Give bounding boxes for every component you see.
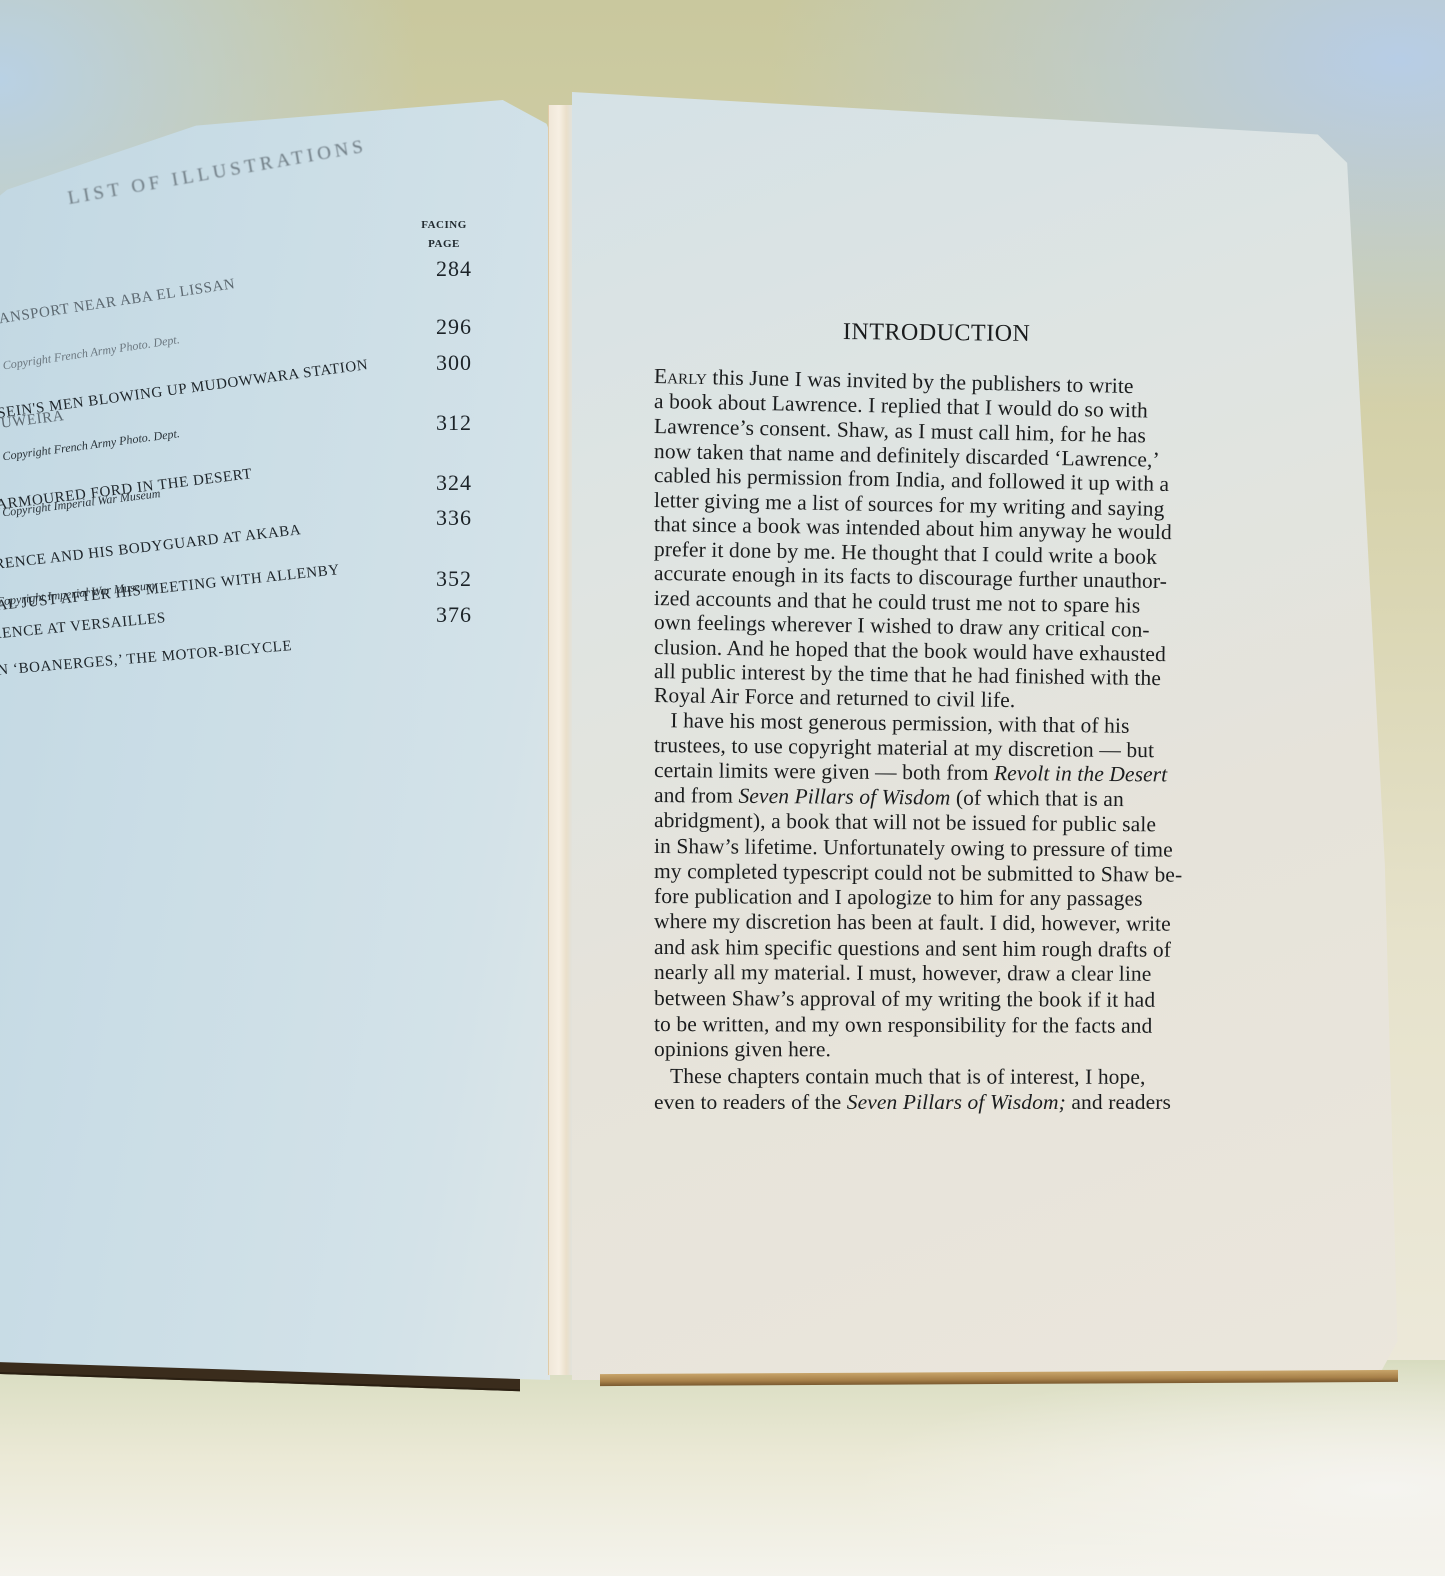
illustration-credit: Copyright French Army Photo. Dept. xyxy=(2,332,181,373)
text-line: and ask him specific questions and sent … xyxy=(654,935,1171,963)
facing-page-label: FACING PAGE xyxy=(418,216,470,254)
page-number: 284 xyxy=(430,256,472,282)
page-number: 296 xyxy=(430,314,472,340)
page-number: 376 xyxy=(430,602,472,628)
page-number: 300 xyxy=(430,350,472,376)
list-heading: LIST OF ILLUSTRATIONS xyxy=(66,136,368,210)
text-line: fore publication and I apologize to him … xyxy=(654,884,1143,912)
page-number: 324 xyxy=(430,470,472,496)
list-of-illustrations: LIST OF ILLUSTRATIONS FACING PAGE …LE TR… xyxy=(0,0,560,700)
text-line: abridgment), a book that will not be iss… xyxy=(654,808,1156,837)
illustration-caption: …ON ‘BOANERGES,’ THE MOTOR-BICYCLE xyxy=(0,638,293,682)
illustration-caption: …RENCE AT VERSAILLES xyxy=(0,610,167,645)
text-line: between Shaw’s approval of my writing th… xyxy=(654,986,1155,1013)
text-line: my completed typescript could not be sub… xyxy=(654,859,1182,888)
illustration-caption: …RENCE AND HIS BODYGUARD AT AKABA xyxy=(0,522,302,576)
text-line: even to readers of the Seven Pillars of … xyxy=(654,1090,1171,1115)
page-number: 336 xyxy=(430,505,472,531)
chapter-title: INTRODUCTION xyxy=(843,319,1031,348)
text-line: These chapters contain much that is of i… xyxy=(654,1064,1146,1090)
text-line: where my discretion has been at fault. I… xyxy=(654,909,1171,937)
text-line: opinions given here. xyxy=(654,1037,831,1062)
table-surface xyxy=(0,1360,1445,1576)
illustration-credit: Copyright French Army Photo. Dept. xyxy=(2,426,181,464)
text-line: nearly all my material. I must, however,… xyxy=(654,960,1152,987)
text-line: to be written, and my own responsibility… xyxy=(654,1012,1152,1039)
text-line: in Shaw’s lifetime. Unfortunately owing … xyxy=(654,834,1173,863)
page-number: 312 xyxy=(430,410,472,436)
page-number: 352 xyxy=(430,566,472,592)
illustration-caption: …LE TRANSPORT NEAR ABA EL LISSAN xyxy=(0,276,236,337)
